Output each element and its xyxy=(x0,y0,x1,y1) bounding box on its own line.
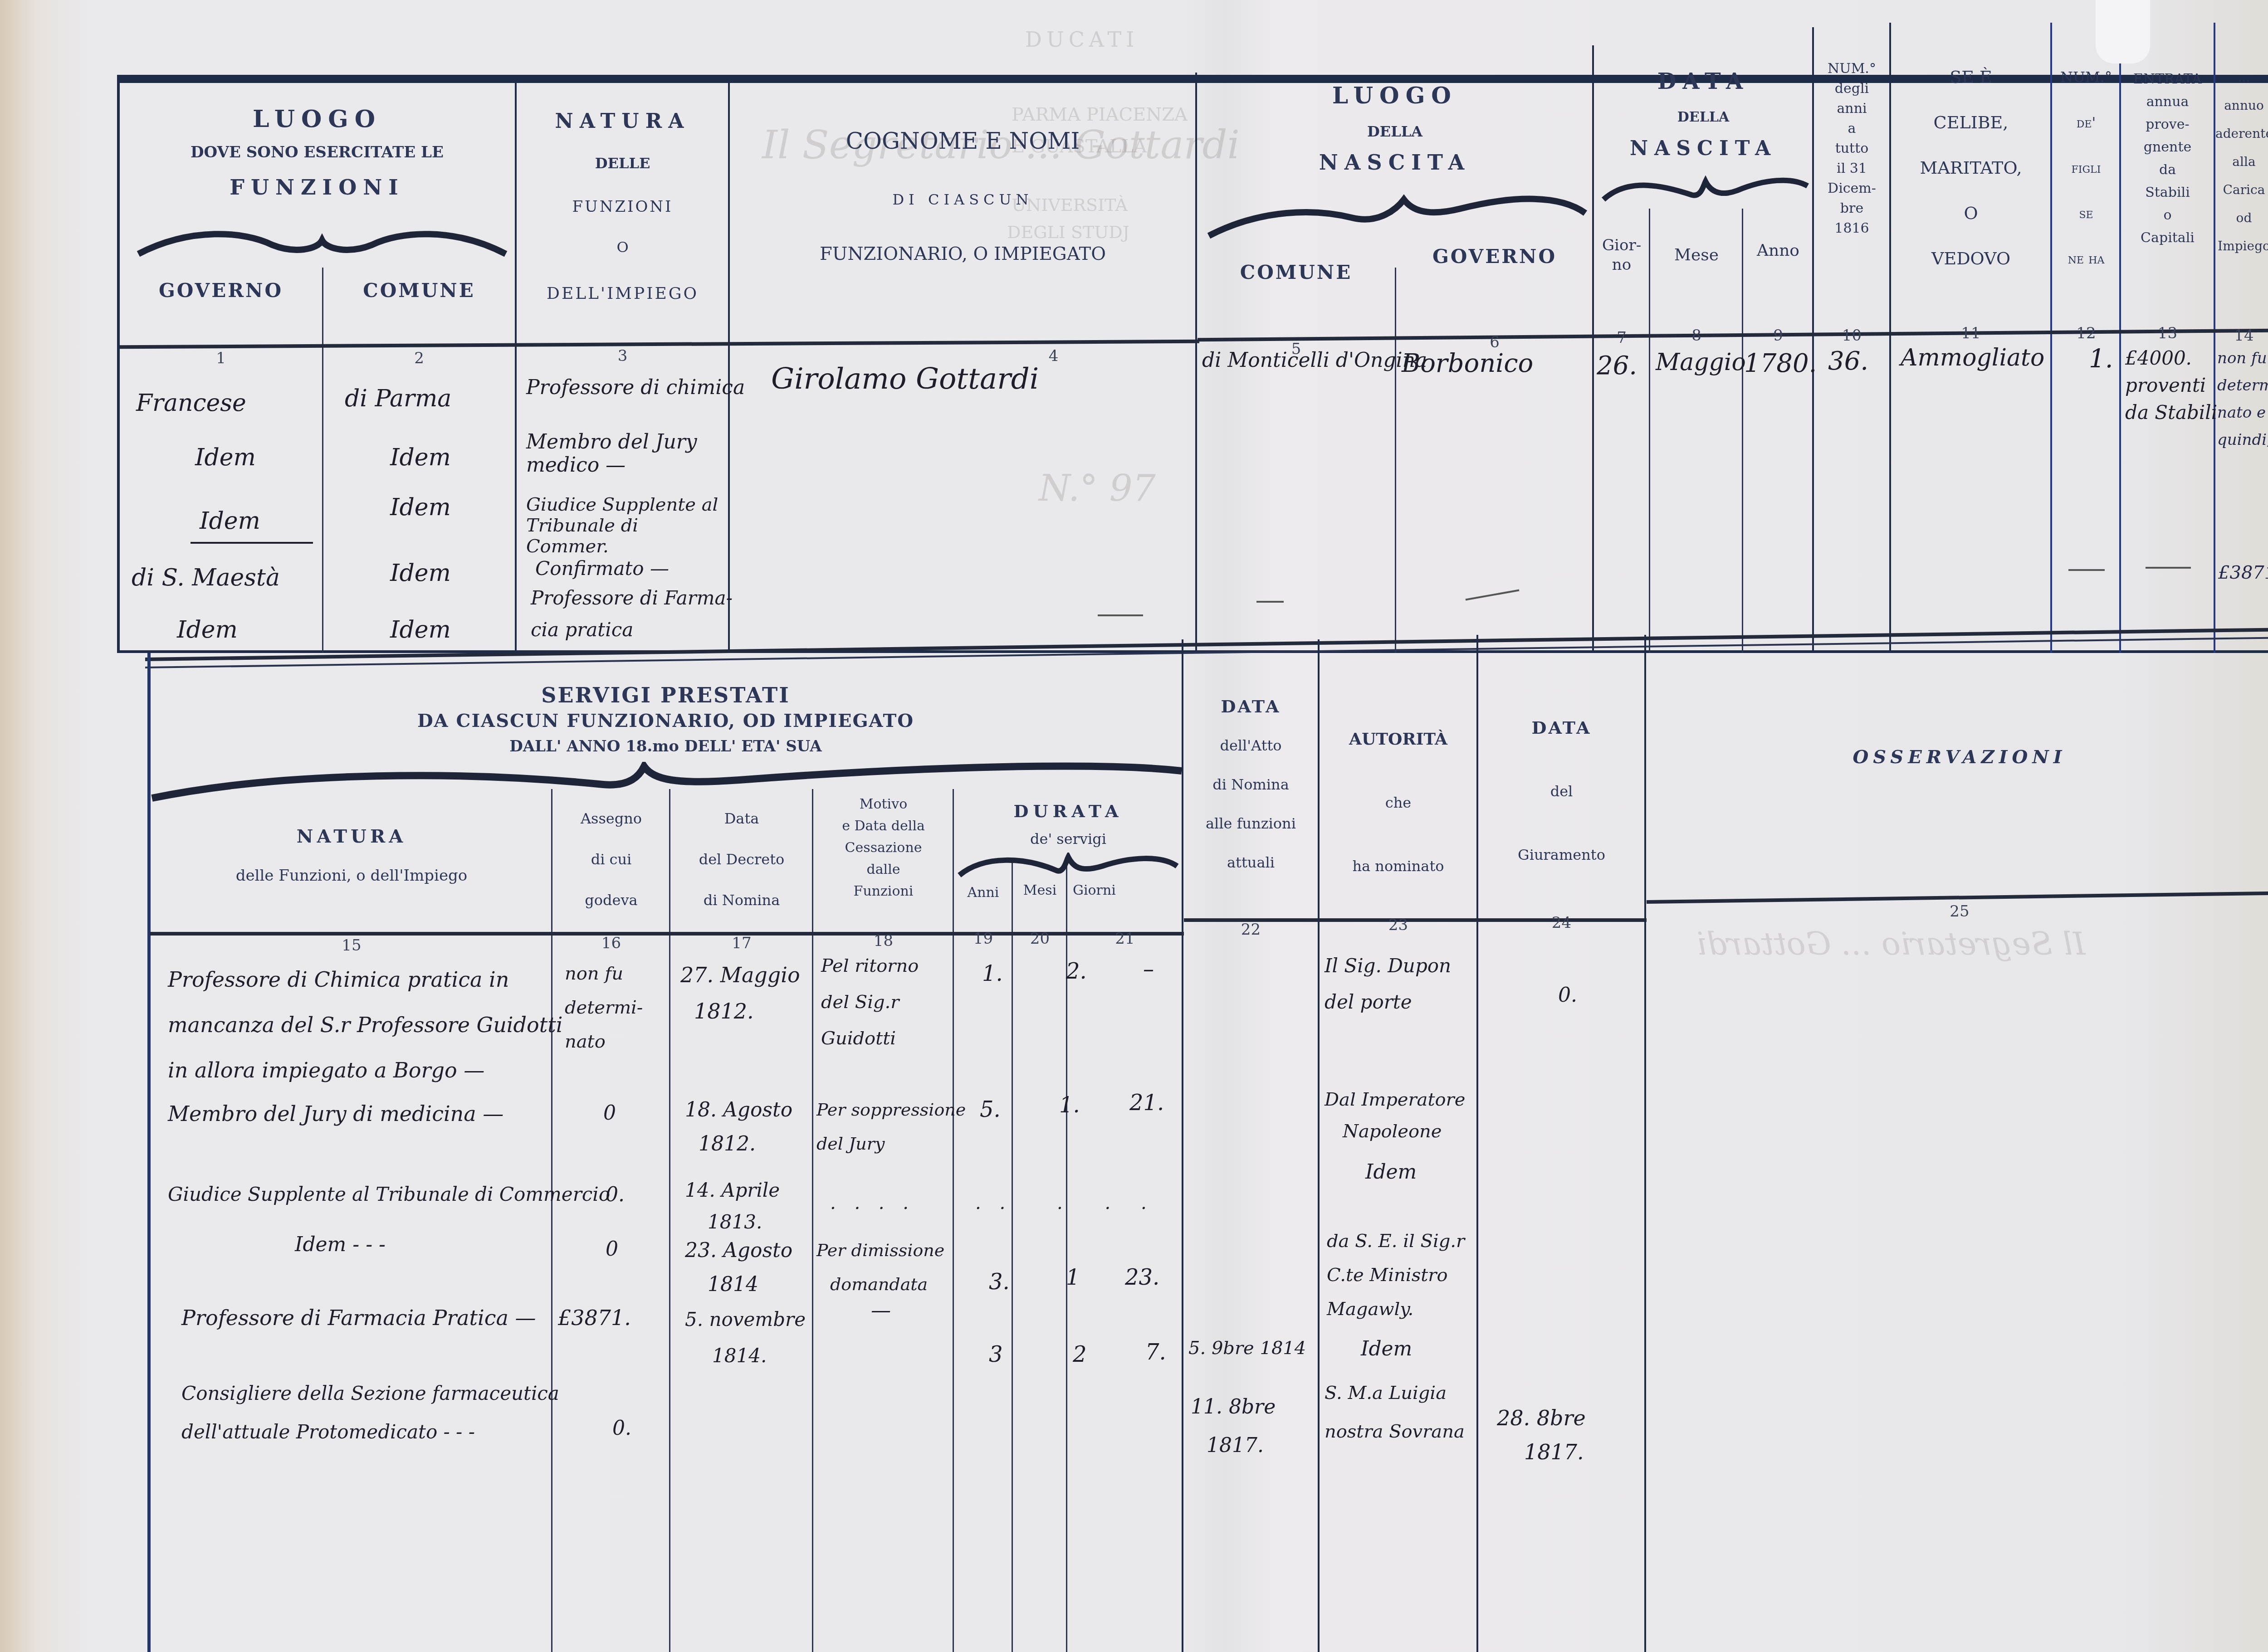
column-number: 18 xyxy=(814,932,953,950)
entry-governo: Francese xyxy=(136,390,246,417)
column-number: 15 xyxy=(152,936,551,955)
header-mese: Mese xyxy=(1651,245,1742,265)
column-number: 11 xyxy=(1892,324,2050,342)
row5-motivo: — xyxy=(871,1299,891,1322)
row4-autorita-line: da S. E. il Sig.r xyxy=(1327,1224,1465,1258)
header-entrata-line: annua xyxy=(2121,91,2214,113)
header-osservazioni: OSSERVAZIONI xyxy=(1647,746,2268,769)
header-stato-line: O xyxy=(1892,190,2050,236)
entry-governo: Idem xyxy=(195,444,256,472)
row6-data-atto-line: 1817. xyxy=(1191,1426,1276,1465)
entry-stato-civile: Ammogliato xyxy=(1901,345,2044,372)
header-assegno-line: di cui xyxy=(553,839,669,880)
row1-assegno-line: non fu xyxy=(565,957,643,991)
row2-data-line: 18. Agosto xyxy=(685,1093,792,1127)
header-luogo-nascita-line: NASCITA xyxy=(1198,150,1592,176)
row1-data-line: 27. Maggio xyxy=(680,957,800,993)
row2-assegno: 0 xyxy=(603,1102,616,1125)
row5-assegno: £3871. xyxy=(558,1306,631,1330)
header-natura-line: DELL'IMPIEGO xyxy=(517,283,728,304)
header-data-decreto-line: del Decreto xyxy=(671,839,812,880)
header-figli-line: se xyxy=(2053,190,2120,236)
entry-soldo: non fu determi- nato e quindi, c xyxy=(2217,345,2268,453)
header-giorno: Gior-no xyxy=(1594,236,1649,274)
col-divider xyxy=(669,789,670,1652)
row3-giorni: . xyxy=(1141,1193,1147,1213)
header-soldo-line: ... xyxy=(2215,63,2268,92)
row6-autorita: S. M.a Luigia nostra Sovrana xyxy=(1325,1374,1465,1451)
header-num-anni: NUM.° degli anni a tutto il 31 Dicem- br… xyxy=(1814,59,1889,239)
empty-cell-dash xyxy=(1256,601,1284,603)
header-soldo-line: od xyxy=(2215,204,2268,232)
row2-autorita: Dal Imperatore Napoleone xyxy=(1325,1084,1465,1147)
row6-assegno: 0. xyxy=(612,1417,631,1440)
col-divider xyxy=(551,789,552,1652)
brace-ornament xyxy=(1207,190,1588,240)
entry-comune: Idem xyxy=(390,494,451,521)
row2-autorita-line: Napoleone xyxy=(1325,1116,1465,1147)
header-luogo-funzioni-subtitle: DOVE SONO ESERCITATE LE xyxy=(120,143,514,162)
row5-data-line: 5. novembre xyxy=(685,1301,806,1338)
column-number: 8 xyxy=(1651,327,1742,345)
col-divider xyxy=(1889,23,1891,653)
row4-motivo-line: domandata xyxy=(816,1267,944,1301)
column-number: 16 xyxy=(553,934,669,952)
header-cognome-nomi: COGNOME E NOMI xyxy=(730,127,1195,156)
header-figli-line: ne ha xyxy=(2053,236,2120,281)
row1-giorni: – xyxy=(1143,957,1154,982)
col-subdivider xyxy=(1742,209,1743,653)
header-data-nascita-line: NASCITA xyxy=(1594,136,1812,161)
entry-natura: Professore di Farma- xyxy=(531,587,733,609)
row1-mesi: 2. xyxy=(1066,959,1087,984)
header-motivo-line: Cessazione xyxy=(814,837,953,859)
row4-data: 23. Agosto 1814 xyxy=(685,1233,792,1301)
header-autorita-line: AUTORITÀ xyxy=(1320,707,1476,771)
header-data-atto-line: attuali xyxy=(1184,843,1318,882)
header-stato-line: CELIBE, xyxy=(1892,100,2050,145)
header-soldo-line: alla xyxy=(2215,148,2268,176)
column-number: 3 xyxy=(517,347,728,365)
header-anno: Anno xyxy=(1744,240,1812,261)
row1-assegno: non fu determi- nato xyxy=(565,957,643,1059)
row4-assegno: 0 xyxy=(606,1238,618,1261)
entry-figli: 1. xyxy=(2089,345,2113,374)
row4-data-line: 1814 xyxy=(685,1267,792,1301)
row1-autorita-line: Il Sig. Dupon xyxy=(1325,948,1451,984)
entry-natura: cia pratica xyxy=(531,619,633,641)
col-divider xyxy=(953,789,954,1652)
entry-mese: Maggio xyxy=(1656,349,1746,376)
header-entrata: ENTRATA annua prove- gnente da Stabili o… xyxy=(2121,68,2214,249)
header-autorita-line: che xyxy=(1320,771,1476,834)
separator-stroke xyxy=(191,542,313,544)
row1-giuramento: 0. xyxy=(1558,984,1577,1007)
header-comune-nascita: COMUNE xyxy=(1198,261,1395,285)
row5-data-line: 1814. xyxy=(685,1338,806,1374)
entry-entrata-line: proventi xyxy=(2125,372,2217,399)
header-anni: Anni xyxy=(955,884,1012,902)
header-data-giuramento: DATA del Giuramento xyxy=(1479,696,1644,887)
entry-natura: Confirmato — xyxy=(535,558,669,580)
header-luogo-nascita: LUOGO xyxy=(1198,82,1592,110)
header-num-anni-line: Dicem- xyxy=(1814,179,1889,199)
column-number: 14 xyxy=(2215,327,2268,345)
brace-ornament xyxy=(957,853,1179,880)
row2-data-line: 1812. xyxy=(685,1127,792,1161)
row1-data-line: 1812. xyxy=(680,993,800,1029)
row1-natura-line: Professore di Chimica pratica in xyxy=(168,957,562,1002)
header-natura: NATURA xyxy=(517,109,728,134)
row6-autorita-line: S. M.a Luigia xyxy=(1325,1374,1465,1413)
header-num-anni-line: a xyxy=(1814,119,1889,139)
header-figli-line: de' xyxy=(2053,100,2120,145)
entry-anni-1816: 36. xyxy=(1828,347,1868,376)
header-giuramento-line: DATA xyxy=(1479,696,1644,760)
row4-motivo-line: Per dimissione xyxy=(816,1233,944,1267)
entry-governo: di S. Maestà xyxy=(132,565,280,592)
row5-natura: Professore di Farmacia Pratica — xyxy=(181,1306,536,1330)
header-stato-line: MARITATO, xyxy=(1892,145,2050,190)
header-motivo-line: Motivo xyxy=(814,794,953,815)
row2-motivo: Per soppressione del Jury xyxy=(816,1093,966,1161)
header-entrata-line: da xyxy=(2121,159,2214,181)
column-number: 24 xyxy=(1479,914,1644,932)
header-figli-line: figli xyxy=(2053,145,2120,190)
header-motivo: Motivo e Data della Cessazione dalle Fun… xyxy=(814,794,953,902)
row1-motivo-line: Guidotti xyxy=(821,1020,919,1057)
row3-natura: Giudice Supplente al Tribunale di Commer… xyxy=(168,1184,610,1205)
row4-autorita-line: Magawly. xyxy=(1327,1292,1465,1326)
header-entrata-line: prove- xyxy=(2121,113,2214,136)
row2-giorni: 21. xyxy=(1129,1091,1164,1116)
row1-natura: Professore di Chimica pratica in mancanz… xyxy=(168,957,562,1093)
header-servigi-line: DA CIASCUN FUNZIONARIO, OD IMPIEGATO xyxy=(150,710,1182,732)
header-data-decreto-line: Data xyxy=(671,798,812,839)
col-divider xyxy=(1644,635,1646,1652)
header-assegno-line: Assegno xyxy=(553,798,669,839)
row5-data-atto: 5. 9bre 1814 xyxy=(1188,1338,1306,1359)
header-data-atto-line: DATA xyxy=(1184,687,1318,726)
col-divider xyxy=(1592,45,1594,653)
col-subdivider xyxy=(1649,209,1650,653)
row4-data-line: 23. Agosto xyxy=(685,1233,792,1267)
row2-motivo-line: del Jury xyxy=(816,1127,966,1161)
row2-anni: 5. xyxy=(980,1097,1001,1122)
header-luogo-funzioni-title2: FUNZIONI xyxy=(120,175,514,201)
empty-cell-dash xyxy=(2146,567,2191,569)
row3-motivo: . . . . xyxy=(830,1193,915,1213)
entry-entrata-line: £4000. xyxy=(2125,345,2217,372)
row2-natura: Membro del Jury di medicina — xyxy=(168,1102,503,1126)
header-soldo-line: Impiego xyxy=(2215,232,2268,260)
entry-entrata-line: da Stabili xyxy=(2125,399,2217,426)
header-soldo-line: Carica xyxy=(2215,176,2268,204)
entry-comune: Idem xyxy=(390,617,451,644)
entry-governo: Idem xyxy=(177,617,238,644)
row4-natura: Idem - - - xyxy=(295,1233,386,1257)
torn-corner xyxy=(2096,0,2150,63)
bleed-through-text: DUCATI xyxy=(1025,27,1139,52)
entry-natura: Giudice Supplente al Tribunale di Commer… xyxy=(526,494,726,557)
row4-anni: 3. xyxy=(989,1270,1010,1295)
empty-cell-dash xyxy=(2068,569,2105,571)
header-governo: GOVERNO xyxy=(120,279,322,303)
header-data-atto-line: di Nomina xyxy=(1184,765,1318,804)
header-giuramento-line: del xyxy=(1479,760,1644,823)
brace-ornament xyxy=(150,762,1184,803)
header-cognome-line: DI CIASCUN xyxy=(730,190,1195,209)
brace-ornament xyxy=(136,222,508,268)
row5-anni: 3 xyxy=(989,1342,1003,1367)
col-divider xyxy=(728,77,730,653)
entry-soldo-line: quindi, c xyxy=(2217,426,2268,453)
header-entrata-line: Stabili xyxy=(2121,181,2214,204)
row1-motivo: Pel ritorno del Sig.r Guidotti xyxy=(821,948,919,1057)
header-natura-funzioni-sub: delle Funzioni, o dell'Impiego xyxy=(152,866,551,886)
header-data-decreto-line: di Nomina xyxy=(671,880,812,921)
entry-soldo-total: £3871. xyxy=(2218,562,2268,583)
brace-ornament xyxy=(1601,172,1810,209)
header-autorita: AUTORITÀ che ha nominato xyxy=(1320,707,1476,898)
header-servigi-line: DALL' ANNO 18.mo DELL' ETA' SUA xyxy=(150,737,1182,756)
row4-motivo: Per dimissione domandata xyxy=(816,1233,944,1301)
row1-anni: 1. xyxy=(982,961,1003,986)
row1-autorita: Il Sig. Dupon del porte xyxy=(1325,948,1451,1020)
row6-data-atto-line: 11. 8bre xyxy=(1191,1388,1276,1426)
header-governo-nascita: GOVERNO xyxy=(1397,245,1592,269)
header-entrata-line: o xyxy=(2121,204,2214,227)
header-stato-civile: SE È CELIBE, MARITATO, O VEDOVO xyxy=(1892,54,2050,281)
header-soldo: ... annuo aderente alla Carica od Impieg… xyxy=(2215,63,2268,260)
col-divider xyxy=(1318,639,1320,1652)
header-num-anni-line: degli xyxy=(1814,79,1889,99)
row2-motivo-line: Per soppressione xyxy=(816,1093,966,1127)
header-comune: COMUNE xyxy=(324,279,514,303)
header-cognome-line: FUNZIONARIO, O IMPIEGATO xyxy=(730,243,1195,265)
entry-comune-nascita: di Monticelli d'Ongina xyxy=(1202,349,1427,372)
row3-anni: . . xyxy=(975,1193,1012,1213)
entry-soldo-line: non fu xyxy=(2217,345,2268,372)
row5-giorni: 7. xyxy=(1145,1340,1166,1365)
row2-autorita-line: Dal Imperatore xyxy=(1325,1084,1465,1116)
column-number: 20 xyxy=(1014,930,1066,948)
row2-data: 18. Agosto 1812. xyxy=(685,1093,792,1161)
header-natura-line: DELLE xyxy=(517,154,728,172)
left-border xyxy=(147,653,151,1652)
row4-autorita-line: C.te Ministro xyxy=(1327,1258,1465,1292)
header-giorni: Giorni xyxy=(1068,882,1186,899)
entry-comune: di Parma xyxy=(345,385,451,413)
row6-giuramento: 28. 8bre 1817. xyxy=(1497,1401,1586,1469)
header-assegno-line: godeva xyxy=(553,880,669,921)
header-data-nascita: DATA xyxy=(1594,68,1812,95)
entry-governo-nascita: Borbonico xyxy=(1402,349,1533,378)
column-number: 17 xyxy=(671,934,812,952)
column-number: 19 xyxy=(955,930,1012,948)
header-num-anni-line: il 31 xyxy=(1814,159,1889,179)
column-number: 25 xyxy=(1647,902,2268,921)
col-divider xyxy=(1812,27,1814,653)
row5-autorita: Idem xyxy=(1361,1338,1412,1361)
row6-autorita-line: nostra Sovrana xyxy=(1325,1413,1465,1451)
header-assegno: Assegno di cui godeva xyxy=(553,798,669,921)
header-data-atto: DATA dell'Atto di Nomina alle funzioni a… xyxy=(1184,687,1318,882)
row6-data-atto: 11. 8bre 1817. xyxy=(1191,1388,1276,1465)
header-num-anni-line: tutto xyxy=(1814,139,1889,159)
column-number: 10 xyxy=(1814,327,1889,345)
col-divider xyxy=(1012,862,1013,1652)
row3-autorita: Idem xyxy=(1365,1161,1417,1184)
header-durata-sub: de' servigi xyxy=(955,830,1182,848)
column-number: 22 xyxy=(1184,921,1318,939)
row1-natura-line: in allora impiegato a Borgo — xyxy=(168,1048,562,1093)
header-motivo-line: e Data della xyxy=(814,815,953,837)
header-entrata-line: Capitali xyxy=(2121,227,2214,249)
header-num-figli: NUM.° de' figli se ne ha xyxy=(2053,54,2120,281)
col-subdivider xyxy=(322,268,323,653)
entry-anno: 1780. xyxy=(1744,349,1817,378)
row4-autorita: da S. E. il Sig.r C.te Ministro Magawly. xyxy=(1327,1224,1465,1326)
column-number: 2 xyxy=(324,349,514,367)
row6-natura: Consigliere della Sezione farmaceutica d… xyxy=(181,1374,559,1451)
entry-natura: Professore di chimica xyxy=(526,376,745,400)
header-entrata-line: ENTRATA xyxy=(2121,68,2214,91)
header-luogo-funzioni-title: LUOGO xyxy=(120,104,514,134)
row1-assegno-line: nato xyxy=(565,1025,643,1059)
header-data-decreto: Data del Decreto di Nomina xyxy=(671,798,812,921)
row1-motivo-line: Pel ritorno xyxy=(821,948,919,984)
row5-data: 5. novembre 1814. xyxy=(685,1301,806,1374)
row6-giuramento-line: 1817. xyxy=(1497,1435,1586,1469)
col-divider xyxy=(812,789,813,1652)
row3-mesi: . . xyxy=(1057,1193,1129,1213)
entry-soldo-line: nato e xyxy=(2217,399,2268,426)
header-num-anni-line: 1816 xyxy=(1814,219,1889,239)
col-divider xyxy=(2050,23,2052,653)
row6-natura-line: dell'attuale Protomedicato - - - xyxy=(181,1413,559,1451)
column-number: 12 xyxy=(2053,324,2120,342)
row4-giorni: 23. xyxy=(1125,1265,1159,1290)
header-giuramento-line: Giuramento xyxy=(1479,823,1644,887)
entry-entrata: £4000. proventi da Stabili xyxy=(2125,345,2217,426)
row6-natura-line: Consigliere della Sezione farmaceutica xyxy=(181,1374,559,1413)
row1-natura-line: mancanza del S.r Professore Guidotti xyxy=(168,1002,562,1048)
header-autorita-line: ha nominato xyxy=(1320,834,1476,898)
row3-assegno: 0. xyxy=(606,1184,625,1207)
col-subdivider xyxy=(1395,268,1396,653)
header-data-atto-line: dell'Atto xyxy=(1184,726,1318,765)
entry-giorno: 26. xyxy=(1597,351,1637,380)
header-num-anni-line: bre xyxy=(1814,199,1889,219)
row1-motivo-line: del Sig.r xyxy=(821,984,919,1020)
header-natura-funzioni: NATURA xyxy=(152,825,551,848)
row1-autorita-line: del porte xyxy=(1325,984,1451,1020)
header-num-anni-line: anni xyxy=(1814,99,1889,119)
entry-natura: Membro del Jury medico — xyxy=(526,431,726,477)
header-motivo-line: dalle xyxy=(814,859,953,881)
header-natura-line: FUNZIONI xyxy=(517,197,728,217)
header-servigi-title: SERVIGI PRESTATI xyxy=(150,682,1182,709)
row3-data-line: 14. Aprile xyxy=(685,1174,780,1206)
header-mesi: Mesi xyxy=(1014,882,1066,899)
header-entrata-line: gnente xyxy=(2121,136,2214,159)
col-divider xyxy=(1476,635,1478,1652)
column-number: 21 xyxy=(1068,930,1182,948)
header-motivo-line: Funzioni xyxy=(814,881,953,902)
header-soldo-line: annuo xyxy=(2215,92,2268,120)
header-natura-line: O xyxy=(517,238,728,256)
column-number: 23 xyxy=(1320,916,1476,934)
entry-soldo-line: determi- xyxy=(2217,372,2268,399)
header-stato-line: VEDOVO xyxy=(1892,236,2050,281)
row4-mesi: 1 xyxy=(1066,1265,1080,1290)
osservazioni-ghost-writing: Il Segretario ... Gottardi xyxy=(1696,925,2085,962)
header-data-nascita-line: DELLA xyxy=(1594,109,1812,126)
header-luogo-nascita-line: DELLA xyxy=(1198,122,1592,141)
column-number: 9 xyxy=(1744,327,1812,345)
header-soldo-line: aderente xyxy=(2215,120,2268,148)
row6-giuramento-line: 28. 8bre xyxy=(1497,1401,1586,1435)
column-number: 1 xyxy=(120,349,322,367)
col-divider xyxy=(515,77,517,653)
empty-cell-dash xyxy=(1098,614,1143,616)
entry-nome: Girolamo Gottardi xyxy=(771,363,1039,396)
row2-mesi: 1. xyxy=(1059,1093,1080,1118)
header-num-anni-line: NUM.° xyxy=(1814,59,1889,79)
row1-assegno-line: determi- xyxy=(565,991,643,1025)
entry-comune: Idem xyxy=(390,444,451,472)
header-data-atto-line: alle funzioni xyxy=(1184,804,1318,843)
row1-data: 27. Maggio 1812. xyxy=(680,957,800,1029)
row5-mesi: 2 xyxy=(1073,1342,1087,1367)
row3-data: 14. Aprile 1813. xyxy=(685,1174,780,1238)
header-stato-line: SE È xyxy=(1892,54,2050,100)
column-number: 7 xyxy=(1594,329,1649,347)
entry-governo: Idem xyxy=(200,508,260,535)
entry-comune: Idem xyxy=(390,560,451,587)
header-durata: DURATA xyxy=(955,800,1182,822)
column-number: 13 xyxy=(2121,324,2214,342)
